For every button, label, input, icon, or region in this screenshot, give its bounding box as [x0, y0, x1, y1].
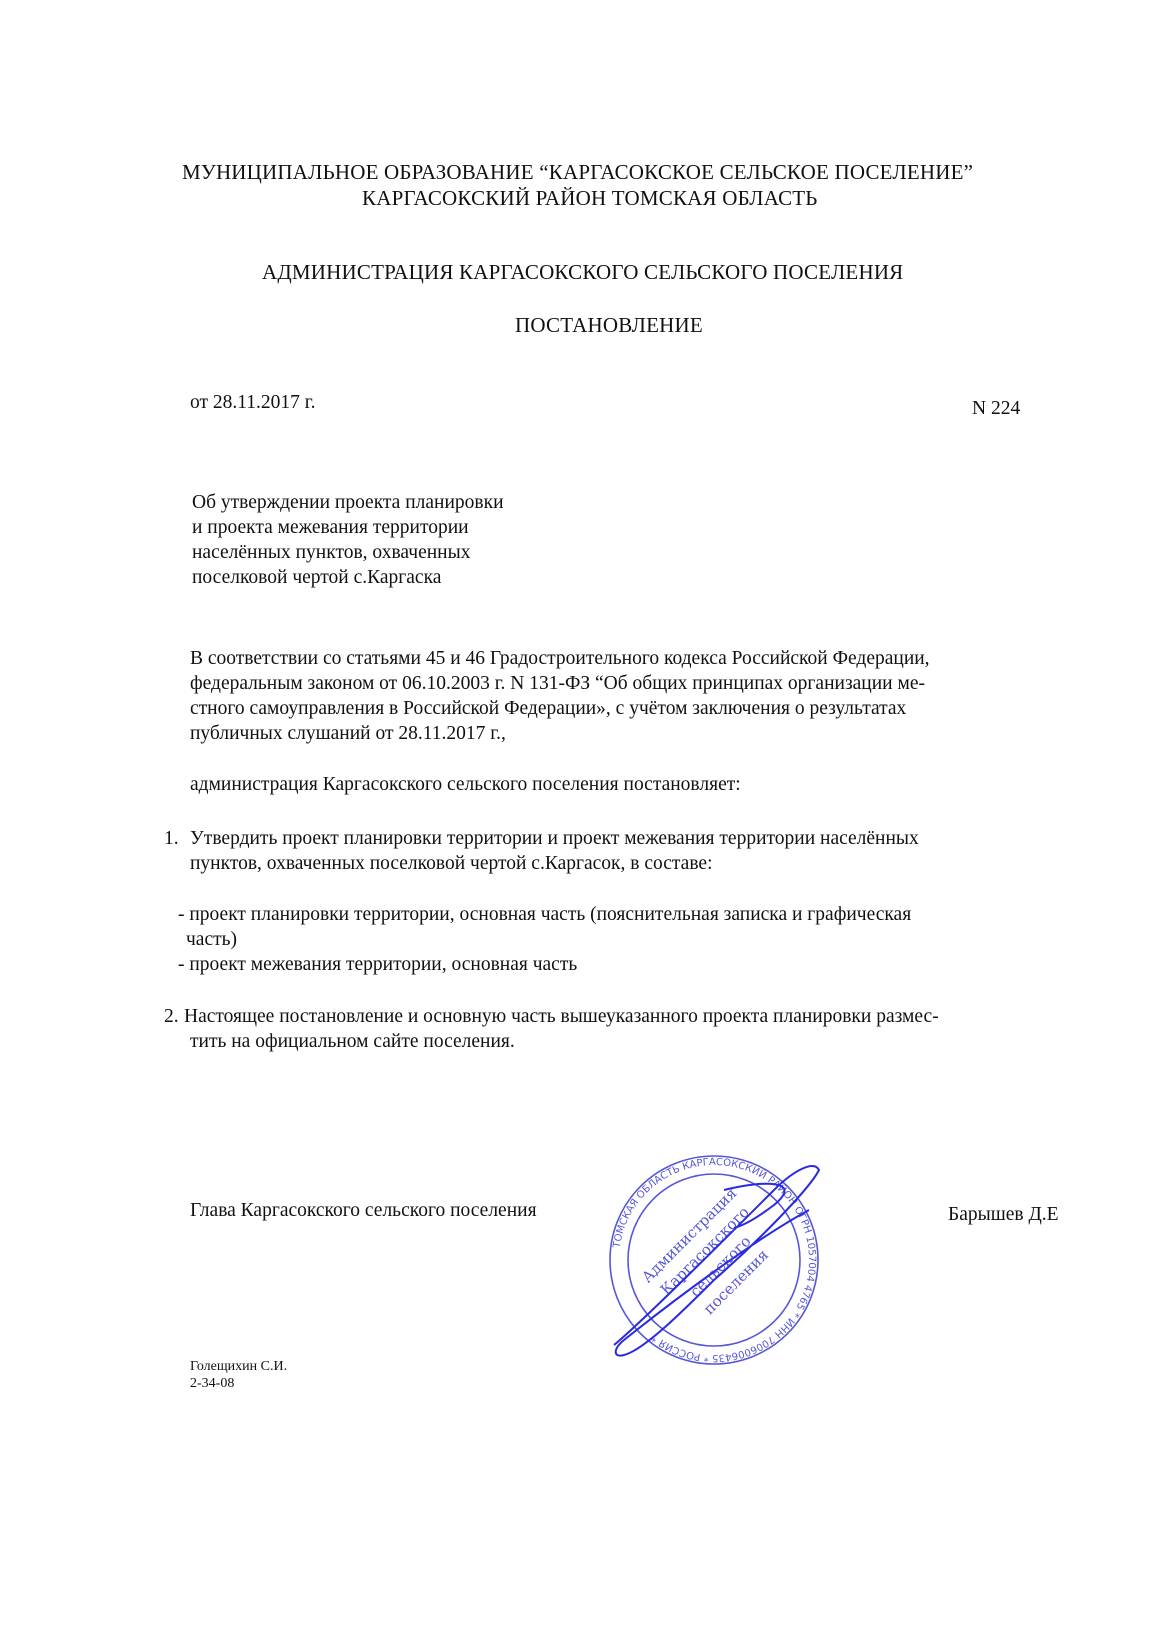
signatory-name: Барышев Д.Е [948, 1202, 1059, 1227]
subject-block: Об утверждении проекта планировки и прое… [192, 490, 504, 590]
subject-line: и проекта межевания территории [192, 515, 504, 540]
signatory-position: Глава Каргасокского сельского поселения [190, 1198, 537, 1223]
document-number: N 224 [972, 396, 1020, 421]
preamble-line: стного самоуправления в Российской Федер… [190, 696, 930, 721]
official-seal-icon: ТОМСКАЯ ОБЛАСТЬ КАРГАСОКСКИЙ РАЙОН ОГРН … [604, 1150, 824, 1370]
header-municipality: МУНИЦИПАЛЬНОЕ ОБРАЗОВАНИЕ “КАРГАСОКСКОЕ … [182, 160, 973, 185]
preamble: В соответствии со статьями 45 и 46 Градо… [190, 646, 930, 746]
preamble-line: федеральным законом от 06.10.2003 г. N 1… [190, 671, 930, 696]
header-administration: АДМИНИСТРАЦИЯ КАРГАСОКСКОГО СЕЛЬСКОГО ПО… [262, 260, 903, 285]
item-2-number: 2. [164, 1004, 179, 1029]
item-line: Утвердить проект планировки территории и… [190, 826, 919, 851]
subitem-line: - проект планировки территории, основная… [178, 902, 911, 927]
item-1-text: Утвердить проект планировки территории и… [190, 826, 919, 876]
executor-name: Голещихин С.И. [190, 1358, 287, 1375]
decree-text: администрация Каргасокского сельского по… [190, 772, 741, 797]
item-line: тить на официальном сайте поселения. [184, 1029, 939, 1054]
document-type: ПОСТАНОВЛЕНИЕ [515, 313, 703, 338]
item-line: Настоящее постановление и основную часть… [184, 1004, 939, 1029]
header-region: КАРГАСОКСКИЙ РАЙОН ТОМСКАЯ ОБЛАСТЬ [362, 186, 818, 211]
item-1-number: 1. [164, 826, 179, 851]
subitem-line: - проект межевания территории, основная … [178, 952, 911, 977]
item-line: пунктов, охваченных поселковой чертой с.… [190, 851, 919, 876]
executor-phone: 2-34-08 [190, 1375, 287, 1392]
preamble-line: В соответствии со статьями 45 и 46 Градо… [190, 646, 930, 671]
subject-line: населённых пунктов, охваченных [192, 540, 504, 565]
subject-line: Об утверждении проекта планировки [192, 490, 504, 515]
preamble-line: публичных слушаний от 28.11.2017 г., [190, 721, 930, 746]
executor-block: Голещихин С.И. 2-34-08 [190, 1358, 287, 1392]
document-date: от 28.11.2017 г. [190, 390, 315, 415]
item-2-text: Настоящее постановление и основную часть… [184, 1004, 939, 1054]
subitem-line: часть) [178, 927, 911, 952]
subitems: - проект планировки территории, основная… [178, 902, 911, 977]
subject-line: поселковой чертой с.Каргаска [192, 565, 504, 590]
